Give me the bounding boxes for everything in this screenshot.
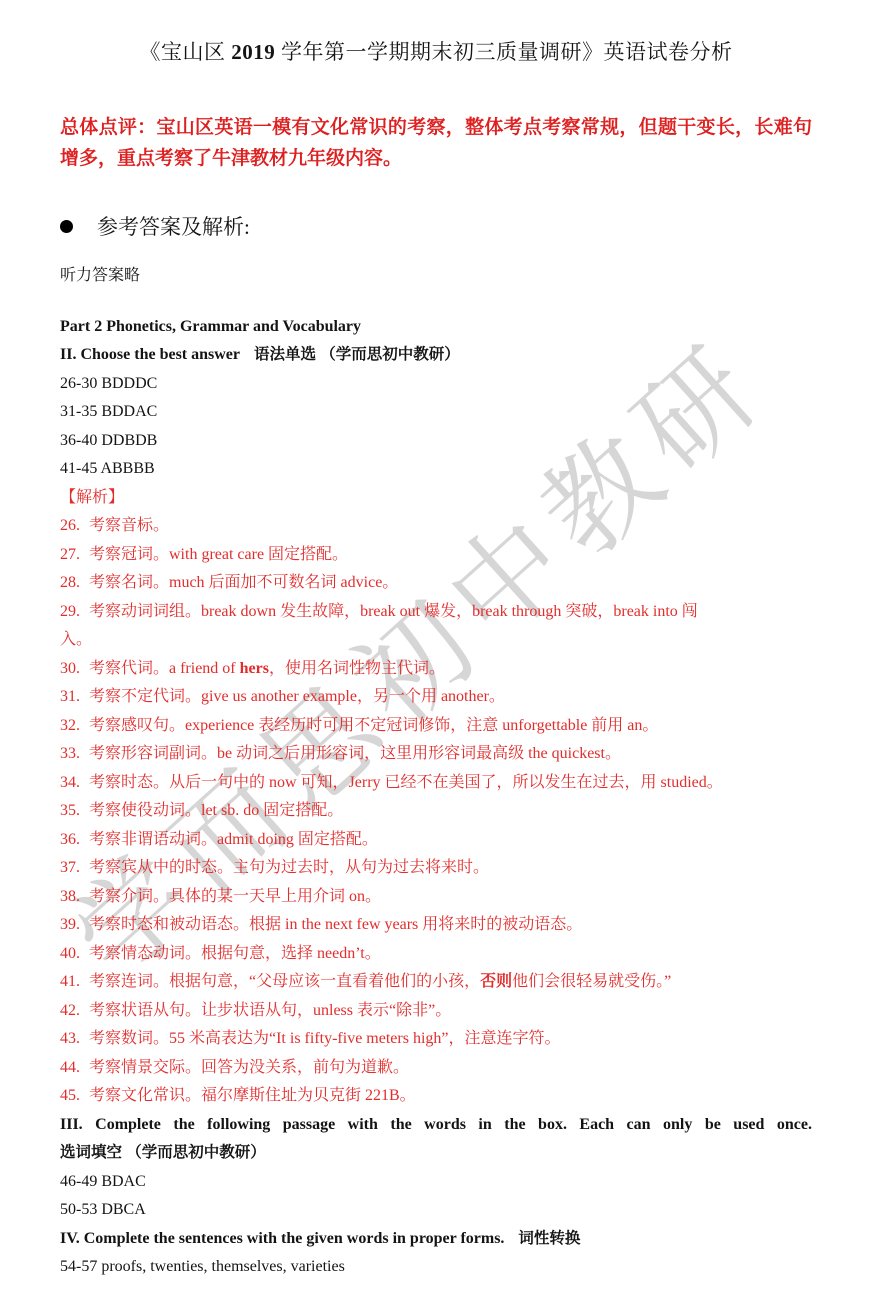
explanation-42: 42.考察状语从句。让步状语从句，unless 表示“除非”。 — [60, 997, 812, 1026]
part4-heading: IV. Complete the sentences with the give… — [60, 1225, 812, 1254]
explanation-34: 34.考察时态。从后一句中的 now 可知，Jerry 已经不在美国了，所以发生… — [60, 769, 812, 798]
explanation-text: ，使用名词性物主代词。 — [269, 660, 445, 677]
explanation-text: 考察连词。根据句意，“父母应该一直看着他们的小孩， — [89, 973, 480, 990]
explanation-number: 35. — [60, 802, 80, 819]
explanation-number: 34. — [60, 774, 80, 791]
explanation-38: 38.考察介词。具体的某一天早上用介词 on。 — [60, 883, 812, 912]
answer-line: 26-30 BDDDC — [60, 370, 812, 399]
part4-heading-cn: 词性转换 — [518, 1230, 580, 1247]
explanation-text: 考察时态。从后一句中的 now 可知，Jerry 已经不在美国了，所以发生在过去… — [89, 774, 723, 791]
explanation-44: 44.考察情景交际。回答为没关系，前句为道歉。 — [60, 1054, 812, 1083]
analysis-label: 【解析】 — [60, 484, 812, 513]
explanation-number: 36. — [60, 831, 80, 848]
explanation-text: 考察非谓语动词。admit doing 固定搭配。 — [89, 831, 378, 848]
listening-note: 听力答案略 — [60, 262, 812, 291]
explanation-text: 考察形容词副词。be 动词之后用形容词，这里用形容词最高级 the quicke… — [89, 745, 621, 762]
explanation-text: 考察状语从句。让步状语从句，unless 表示“除非”。 — [89, 1002, 451, 1019]
explanation-bold: 否则 — [480, 973, 512, 990]
explanation-28: 28.考察名词。much 后面加不可数名词 advice。 — [60, 569, 812, 598]
explanation-number: 38. — [60, 888, 80, 905]
overall-comment: 总体点评：宝山区英语一模有文化常识的考察，整体考点考察常规，但题干变长，长难句增… — [60, 112, 812, 174]
page-title: 《宝山区 2019 学年第一学期期末初三质量调研》英语试卷分析 — [60, 38, 812, 66]
explanation-number: 30. — [60, 660, 80, 677]
explanation-number: 42. — [60, 1002, 80, 1019]
answer-line: 50-53 DBCA — [60, 1196, 812, 1225]
explanation-33: 33.考察形容词副词。be 动词之后用形容词，这里用形容词最高级 the qui… — [60, 740, 812, 769]
explanation-31: 31.考察不定代词。give us another example，另一个用 a… — [60, 683, 812, 712]
explanation-29: 29.考察动词词组。break down 发生故障，break out 爆发，b… — [60, 598, 812, 655]
explanation-text: 考察数词。55 米高表达为“It is fifty-five meters hi… — [89, 1030, 561, 1047]
explanation-text: 考察情景交际。回答为没关系，前句为道歉。 — [89, 1059, 409, 1076]
answers-heading-label: 参考答案及解析: — [97, 215, 250, 239]
explanation-43: 43.考察数词。55 米高表达为“It is fifty-five meters… — [60, 1025, 812, 1054]
explanation-number: 26. — [60, 517, 80, 534]
answer-line: 54-57 proofs, twenties, themselves, vari… — [60, 1253, 812, 1282]
explanation-40: 40.考察情态动词。根据句意，选择 needn’t。 — [60, 940, 812, 969]
explanation-text: 考察情态动词。根据句意，选择 needn’t。 — [89, 945, 381, 962]
explanation-text: 考察音标。 — [89, 517, 169, 534]
explanation-39: 39.考察时态和被动语态。根据 in the next few years 用将… — [60, 911, 812, 940]
explanation-text: 他们会很轻易就受伤。” — [512, 973, 671, 990]
explanation-45: 45.考察文化常识。福尔摩斯住址为贝克街 221B。 — [60, 1082, 812, 1111]
explanation-text: 考察名词。much 后面加不可数名词 advice。 — [89, 574, 398, 591]
part2-heading: Part 2 Phonetics, Grammar and Vocabulary — [60, 313, 812, 342]
explanation-text: 入。 — [60, 631, 92, 648]
explanation-number: 29. — [60, 603, 80, 620]
explanation-37: 37.考察宾从中的时态。主句为过去时，从句为过去将来时。 — [60, 854, 812, 883]
explanation-text: 考察时态和被动语态。根据 in the next few years 用将来时的… — [89, 916, 582, 933]
answer-key-body: Part 2 Phonetics, Grammar and Vocabulary… — [60, 313, 812, 1282]
explanation-text: 考察代词。a friend of — [89, 660, 240, 677]
explanation-35: 35.考察使役动词。let sb. do 固定搭配。 — [60, 797, 812, 826]
explanation-number: 28. — [60, 574, 80, 591]
explanation-27: 27.考察冠词。with great care 固定搭配。 — [60, 541, 812, 570]
answer-line: 31-35 BDDAC — [60, 398, 812, 427]
explanation-number: 43. — [60, 1030, 80, 1047]
explanation-number: 31. — [60, 688, 80, 705]
explanation-36: 36.考察非谓语动词。admit doing 固定搭配。 — [60, 826, 812, 855]
explanation-number: 39. — [60, 916, 80, 933]
explanation-41: 41.考察连词。根据句意，“父母应该一直看着他们的小孩，否则他们会很轻易就受伤。… — [60, 968, 812, 997]
explanation-number: 45. — [60, 1087, 80, 1104]
title-pre: 《宝山区 — [140, 40, 232, 64]
explanation-32: 32.考察感叹句。experience 表经历时可用不定冠词修饰，注意 unfo… — [60, 712, 812, 741]
answer-line: 36-40 DDBDB — [60, 427, 812, 456]
answer-line: 46-49 BDAC — [60, 1168, 812, 1197]
explanation-number: 40. — [60, 945, 80, 962]
explanation-text: 考察冠词。with great care 固定搭配。 — [89, 546, 348, 563]
explanation-number: 41. — [60, 973, 80, 990]
title-year: 2019 — [231, 40, 275, 64]
explanation-number: 37. — [60, 859, 80, 876]
explanation-number: 44. — [60, 1059, 80, 1076]
explanation-text: 考察宾从中的时态。主句为过去时，从句为过去将来时。 — [89, 859, 489, 876]
part2-subheading-en: II. Choose the best answer — [60, 346, 240, 363]
document-page: 学而思初中教研 《宝山区 2019 学年第一学期期末初三质量调研》英语试卷分析 … — [0, 0, 869, 1314]
title-post: 学年第一学期期末初三质量调研》英语试卷分析 — [275, 40, 732, 64]
part3-heading-en: III. Complete the following passage with… — [60, 1111, 812, 1140]
explanation-text: 考察不定代词。give us another example，另一个用 anot… — [89, 688, 505, 705]
explanation-text: 考察介词。具体的某一天早上用介词 on。 — [89, 888, 381, 905]
part3-heading-cn: 选词填空 （学而思初中教研） — [60, 1139, 812, 1168]
explanation-text: 考察动词词组。break down 发生故障，break out 爆发，brea… — [89, 603, 698, 620]
document-content: 《宝山区 2019 学年第一学期期末初三质量调研》英语试卷分析 总体点评：宝山区… — [60, 0, 812, 1282]
explanation-text: 考察文化常识。福尔摩斯住址为贝克街 221B。 — [89, 1087, 416, 1104]
explanation-number: 27. — [60, 546, 80, 563]
answers-heading: 参考答案及解析: — [60, 212, 812, 242]
part2-subheading-cn: 语法单选 （学而思初中教研） — [254, 346, 460, 363]
explanation-number: 33. — [60, 745, 80, 762]
explanation-bold: hers — [240, 660, 269, 677]
answer-line: 41-45 ABBBB — [60, 455, 812, 484]
part2-subheading: II. Choose the best answer语法单选 （学而思初中教研） — [60, 341, 812, 370]
part4-heading-en: IV. Complete the sentences with the give… — [60, 1230, 504, 1247]
explanation-30: 30.考察代词。a friend of hers，使用名词性物主代词。 — [60, 655, 812, 684]
bullet-icon — [60, 220, 73, 233]
explanation-text: 考察感叹句。experience 表经历时可用不定冠词修饰，注意 unforge… — [89, 717, 658, 734]
explanation-text: 考察使役动词。let sb. do 固定搭配。 — [89, 802, 343, 819]
explanation-26: 26.考察音标。 — [60, 512, 812, 541]
explanation-number: 32. — [60, 717, 80, 734]
